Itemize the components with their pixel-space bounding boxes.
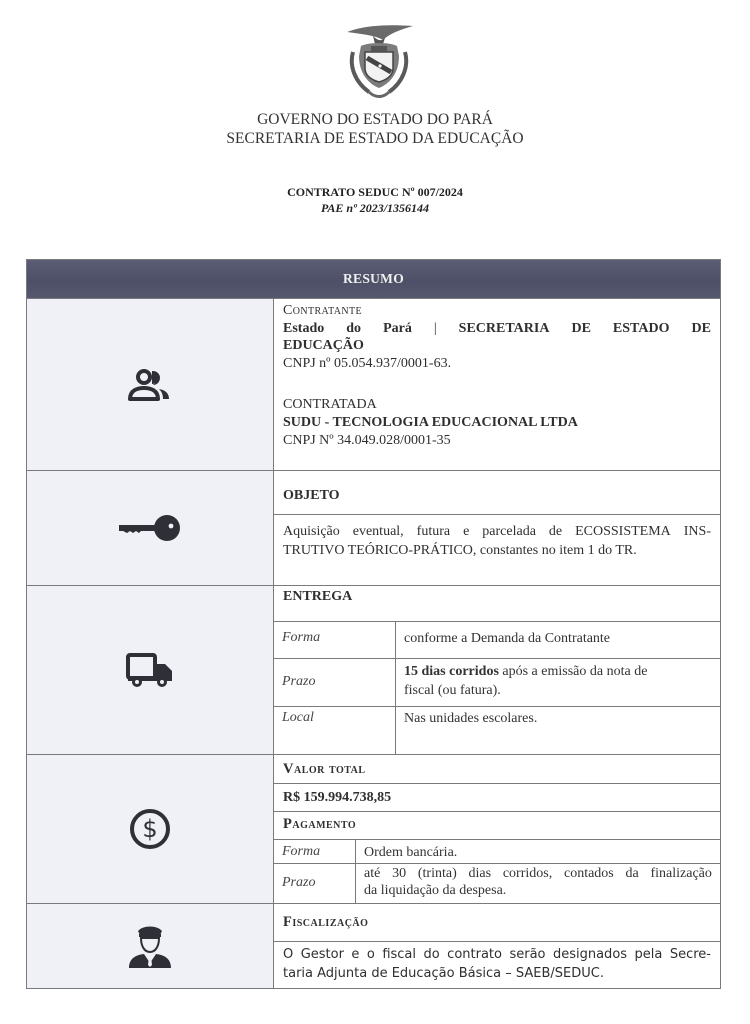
entrega-local-value: Nas unidades escolares. [404, 710, 537, 727]
summary-table: RESUMO $ [26, 259, 721, 989]
government-name: GOVERNO DO ESTADO DO PARÁ [0, 110, 750, 129]
government-heading: GOVERNO DO ESTADO DO PARÁ SECRETARIA DE … [0, 110, 750, 148]
pagamento-forma-label: Forma [282, 844, 320, 860]
contratante-label: Contratante [283, 302, 711, 319]
valor-total-label: Valor total [283, 761, 711, 778]
parties-icon-cell [27, 299, 274, 470]
objeto-description: Aquisição eventual, futura e parcelada d… [283, 523, 711, 540]
entrega-local-label: Local [282, 710, 314, 726]
dollar-circle-icon: $ [129, 808, 171, 850]
contratada-label: CONTRATADA [283, 396, 711, 413]
contract-heading: CONTRATO SEDUC Nº 007/2024 PAE nº 2023/1… [0, 184, 750, 216]
contratante-cnpj: CNPJ nº 05.054.937/0001-63. [283, 355, 711, 372]
entrega-prazo-value: 15 dias corridos após a emissão da nota … [404, 663, 647, 680]
fiscalizacao-label: Fiscalização [283, 914, 711, 931]
valor-icon-cell: $ [27, 755, 274, 903]
contratada-cnpj: CNPJ Nº 34.049.028/0001-35 [283, 432, 711, 449]
pagamento-prazo-label: Prazo [282, 875, 315, 891]
valor-total-amount: R$ 159.994.738,85 [283, 789, 711, 806]
officer-icon [125, 923, 175, 969]
contract-number: CONTRATO SEDUC Nº 007/2024 [0, 184, 750, 200]
objeto-description-cont: TRUTIVO TEÓRICO-PRÁTICO, constantes no i… [283, 542, 711, 559]
entrega-prazo-value-cont: fiscal (ou fatura). [404, 682, 501, 699]
pagamento-prazo-value-cont: da liquidação da despesa. [364, 882, 506, 899]
entrega-forma-value: conforme a Demanda da Contratante [404, 630, 610, 647]
entrega-forma-label: Forma [282, 630, 320, 646]
summary-title: RESUMO [27, 260, 720, 298]
state-coat-of-arms-icon [343, 22, 415, 104]
fiscalizacao-description: O Gestor e o fiscal do contrato serão de… [283, 946, 711, 963]
key-icon [117, 513, 183, 543]
pae-number: PAE nº 2023/1356144 [0, 200, 750, 216]
truck-icon [126, 652, 174, 688]
contratante-name: Estado do Pará | SECRETARIA DE ESTADO DE [283, 320, 711, 337]
fiscalizacao-description-cont: taria Adjunta de Educação Básica – SAEB/… [283, 965, 711, 982]
entrega-label: ENTREGA [283, 588, 711, 605]
pagamento-prazo-value: até 30 (trinta) dias corridos, contados … [364, 865, 712, 882]
entrega-icon-cell [27, 586, 274, 754]
valor-section: Valor total R$ 159.994.738,85 Pagamento … [274, 755, 720, 903]
entrega-prazo-label: Prazo [282, 674, 315, 690]
svg-text:$: $ [142, 815, 157, 843]
objeto-icon-cell [27, 471, 274, 585]
entrega-section: ENTREGA Forma conforme a Demanda da Cont… [274, 586, 720, 754]
secretariat-name: SECRETARIA DE ESTADO DA EDUCAÇÃO [0, 129, 750, 148]
pagamento-label: Pagamento [283, 816, 711, 833]
contratante-name-cont: EDUCAÇÃO [283, 337, 711, 354]
pagamento-forma-value: Ordem bancária. [364, 844, 457, 861]
fiscalizacao-icon-cell [27, 904, 274, 988]
objeto-section: OBJETO Aquisição eventual, futura e parc… [274, 471, 720, 585]
contratada-name: SUDU - TECNOLOGIA EDUCACIONAL LTDA [283, 414, 711, 431]
parties-section: Contratante Estado do Pará | SECRETARIA … [274, 299, 720, 470]
objeto-label: OBJETO [283, 487, 711, 504]
fiscalizacao-section: Fiscalização O Gestor e o fiscal do cont… [274, 904, 720, 988]
people-icon [128, 368, 172, 402]
